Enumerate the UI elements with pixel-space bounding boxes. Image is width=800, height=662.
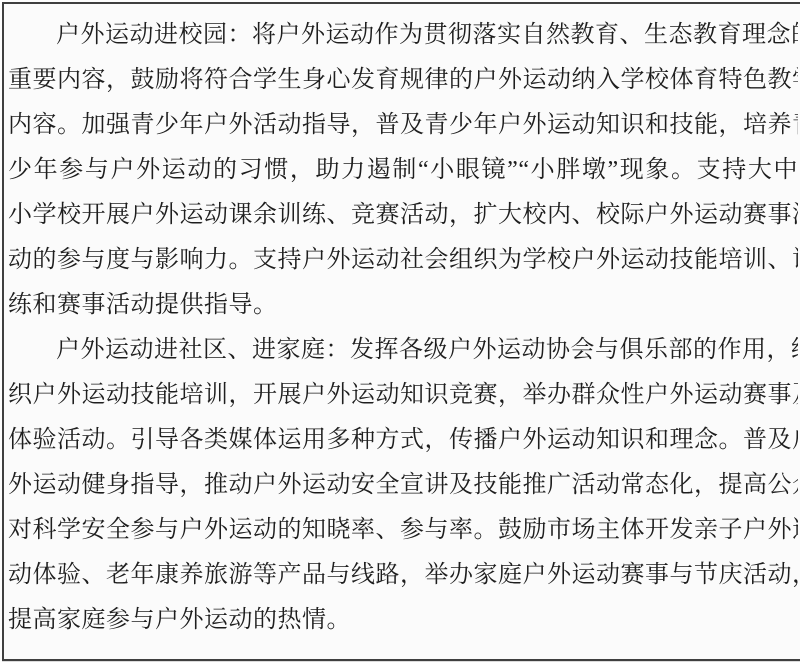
text-line: 户外运动进校园：将户外运动作为贯彻落实自然教育、生态教育理念的 — [8, 13, 798, 58]
text-line: 织户外运动技能培训，开展户外运动知识竞赛，举办群众性户外运动赛事及 — [8, 373, 798, 418]
document-page: 户外运动进校园：将户外运动作为贯彻落实自然教育、生态教育理念的重要内容，鼓励将符… — [0, 0, 800, 662]
text-line: 小学校开展户外运动课余训练、竞赛活动，扩大校内、校际户外运动赛事活 — [8, 193, 798, 238]
text-line: 外运动健身指导，推动户外运动安全宣讲及技能推广活动常态化，提高公众 — [8, 463, 798, 508]
paragraph: 户外运动进校园：将户外运动作为贯彻落实自然教育、生态教育理念的重要内容，鼓励将符… — [8, 13, 798, 328]
text-line: 对科学安全参与户外运动的知晓率、参与率。鼓励市场主体开发亲子户外运 — [8, 508, 798, 553]
text-line: 动的参与度与影响力。支持户外运动社会组织为学校户外运动技能培训、训 — [8, 238, 798, 283]
paragraph: 户外运动进社区、进家庭：发挥各级户外运动协会与俱乐部的作用，组织户外运动技能培训… — [8, 328, 798, 643]
text-line: 提高家庭参与户外运动的热情。 — [8, 598, 798, 643]
text-line: 练和赛事活动提供指导。 — [8, 283, 798, 328]
text-box: 户外运动进校园：将户外运动作为贯彻落实自然教育、生态教育理念的重要内容，鼓励将符… — [2, 2, 800, 661]
text-line: 重要内容，鼓励将符合学生身心发育规律的户外运动纳入学校体育特色教学 — [8, 58, 798, 103]
text-line: 内容。加强青少年户外活动指导，普及青少年户外运动知识和技能，培养青 — [8, 103, 798, 148]
text-line: 动体验、老年康养旅游等产品与线路，举办家庭户外运动赛事与节庆活动， — [8, 553, 798, 598]
text-line: 户外运动进社区、进家庭：发挥各级户外运动协会与俱乐部的作用，组 — [8, 328, 798, 373]
text-line: 少年参与户外运动的习惯，助力遏制“小眼镜”“小胖墩”现象。支持大中 — [8, 148, 798, 193]
text-line: 体验活动。引导各类媒体运用多种方式，传播户外运动知识和理念。普及户 — [8, 418, 798, 463]
